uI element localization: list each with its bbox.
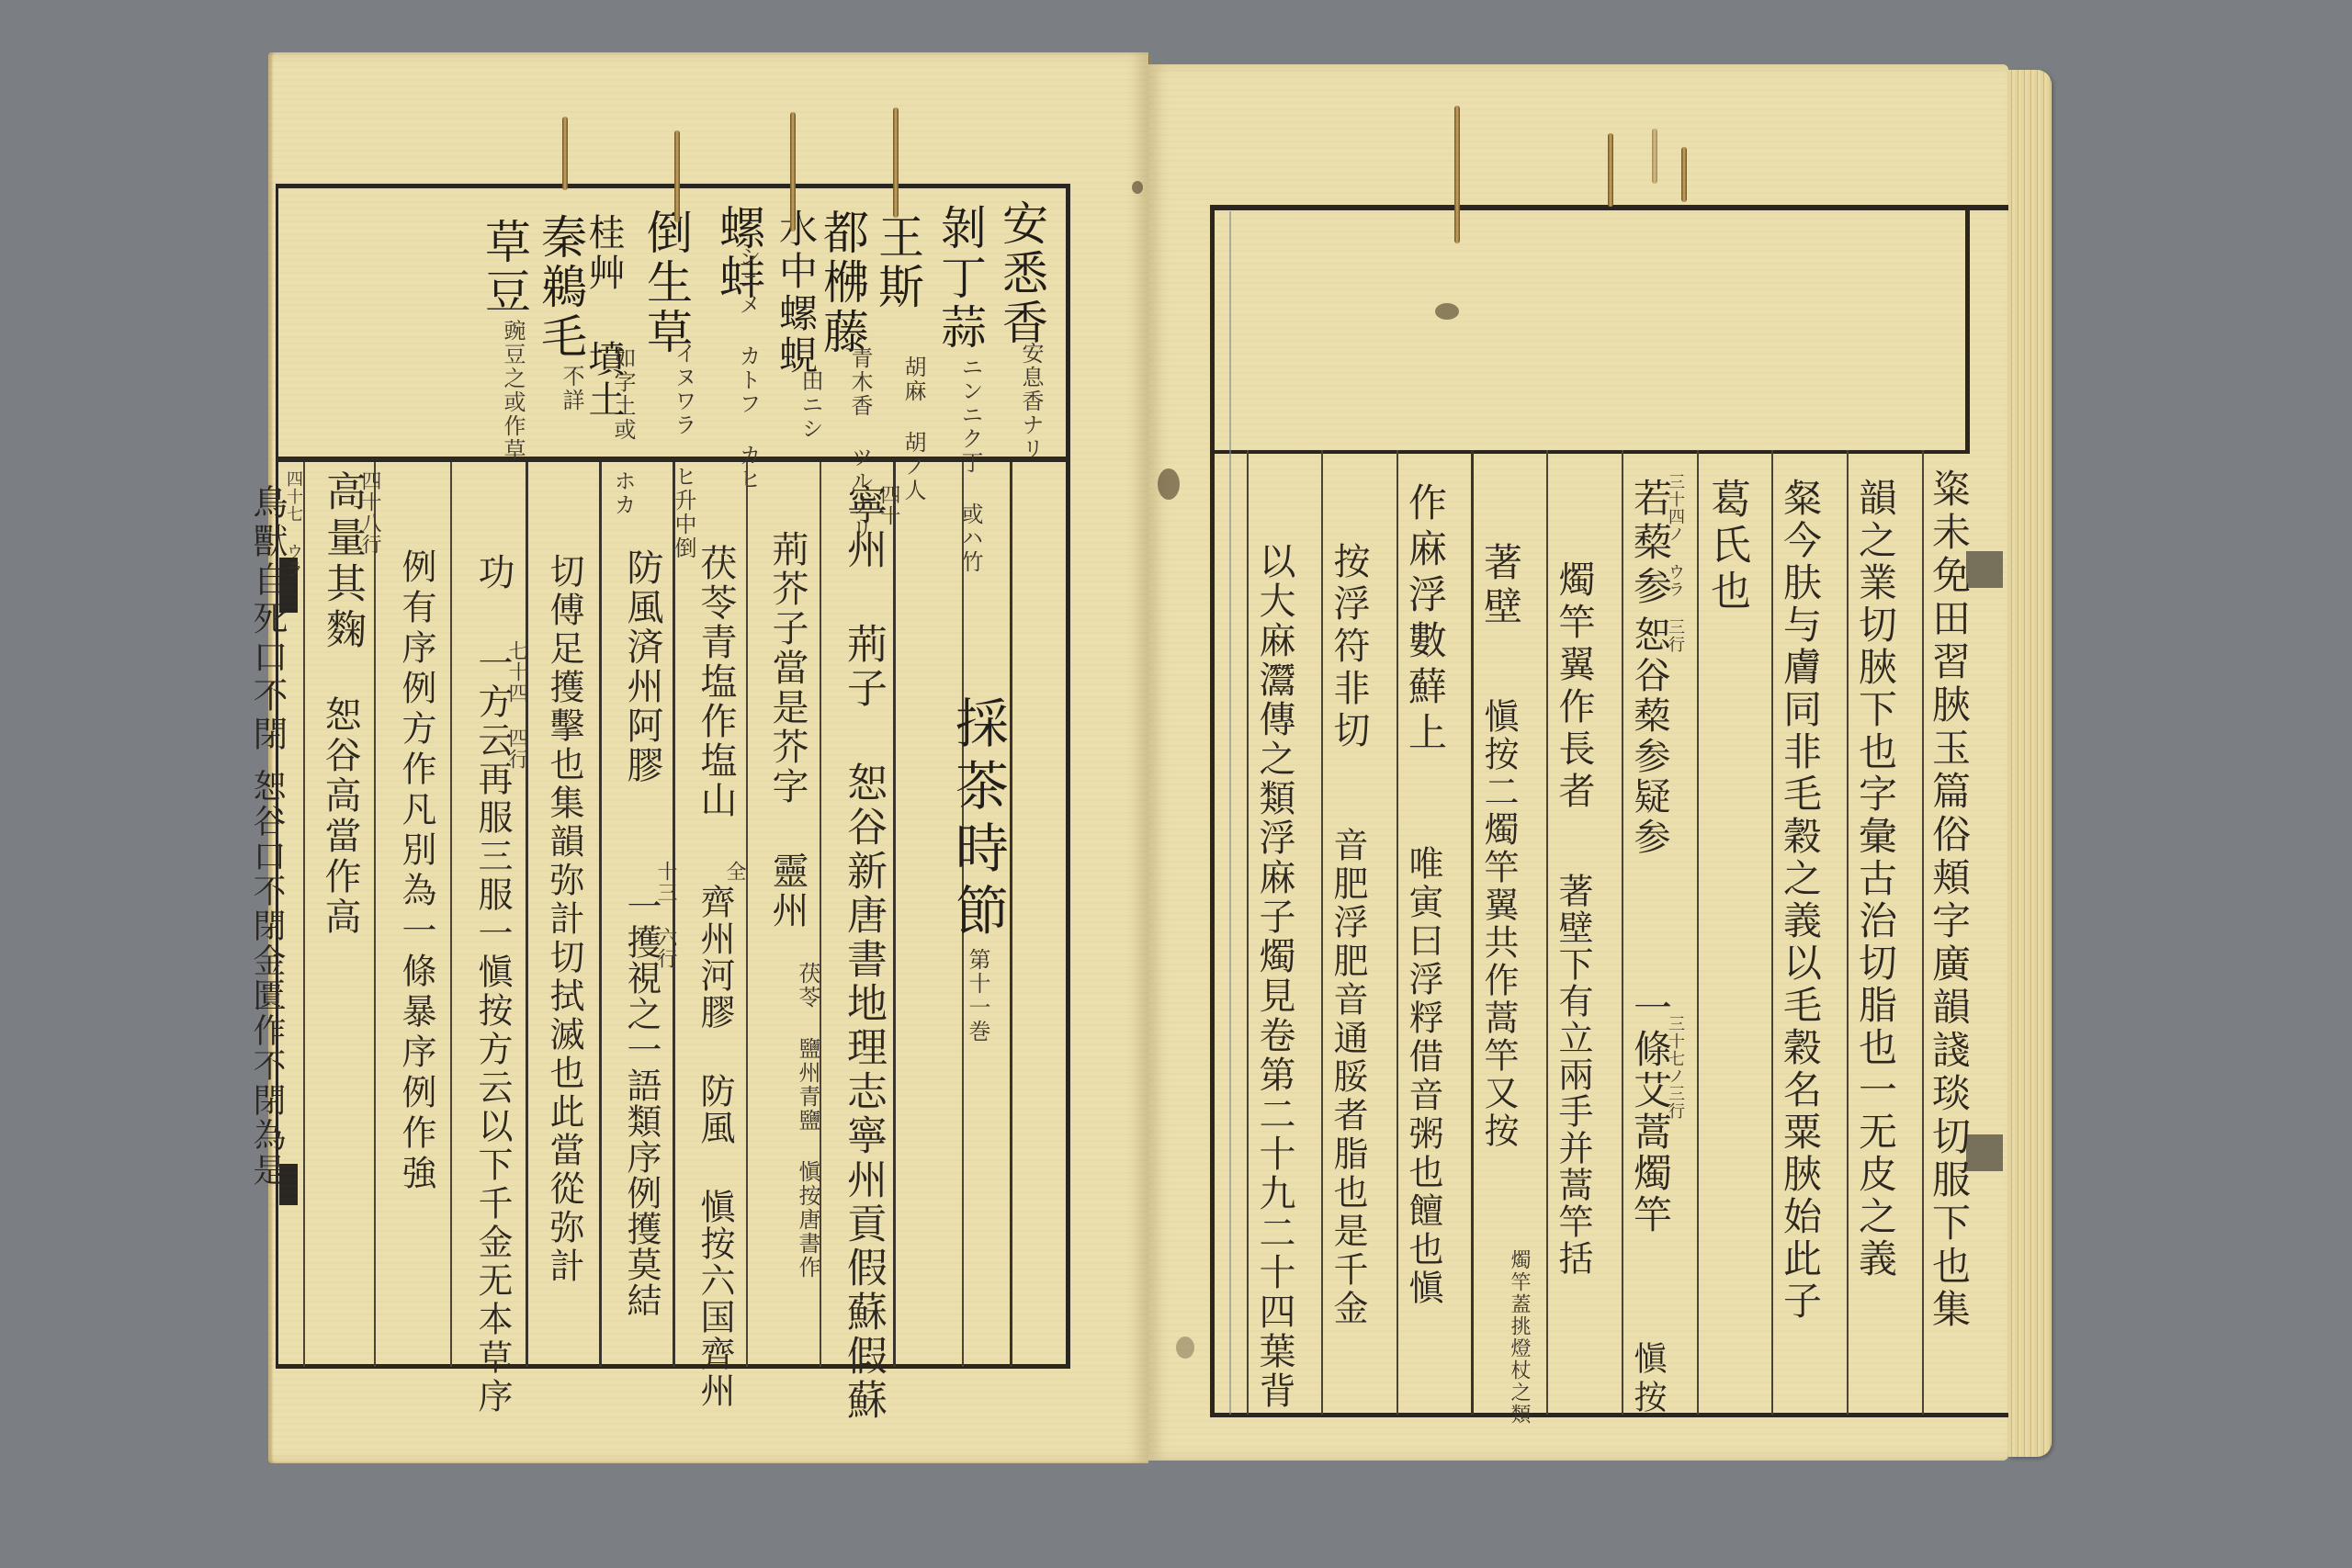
text-column: 寧州 荊子 恕谷新唐書地理志寧州貢假蘇假蘇 [842,484,883,1423]
text-column-continued: 一方云再服三服一愼按方云以下千金无本草序 [475,645,510,1416]
header-entry: 水中螺蜆 [776,209,815,378]
empty-header-box [1215,209,1970,454]
text-column: 著壁 [1481,542,1520,630]
wormhole-damage [562,117,568,190]
ink-stain [1158,468,1180,500]
text-column: 葛氏也 [1706,478,1747,615]
margin-tab-mark [1966,551,2003,588]
text-column-continued: 恕谷蔾参疑参 [1631,615,1668,858]
header-entry: 都梻藤 [820,209,865,357]
header-entry: 秦鵜毛 [537,213,583,362]
text-column-continued: 愼按 [1631,1341,1664,1418]
ink-stain [1435,303,1459,320]
column-rule [1247,450,1249,1415]
header-gloss: 安息香ナリ [1020,342,1042,461]
left-page: 安悉香 安息香ナリ 剝丁蒜 ニンニク丁 或ハ竹 王斯 胡麻 胡ノ人 都梻藤 青木… [268,52,1148,1463]
line-note: 三十七ノ三行 [1663,1015,1687,1120]
text-column: 茯苓青塩作塩山 [697,544,734,820]
ink-stain [1132,181,1143,194]
column-rule [599,462,602,1367]
header-gloss: 田ニシ [799,369,821,441]
header-entry: 王斯 [875,213,921,312]
text-column-continued: 齊州河膠 防風 愼按六国齊州 [697,884,732,1409]
text-column: 若蔾参 [1631,478,1669,610]
column-rule [1396,450,1398,1415]
text-column-continued: 恕谷高當作高 [322,695,358,938]
column-rule [1922,450,1924,1415]
column-rule [526,462,528,1367]
header-entry: 安悉香 [999,199,1045,348]
line-note: 全 [720,861,749,882]
wormhole-damage [893,107,899,218]
text-column: 荊芥子當是芥字 靈州 [769,530,806,931]
wormhole-damage [1454,106,1460,243]
text-column: 例有序例方作凡別為一條暴序例作強 [399,548,434,1195]
text-column: 按浮符非切 [1330,542,1367,753]
wormhole-damage [674,130,680,222]
header-gloss: 如字土或 ホカ [612,346,634,517]
text-column: 作麻浮數蘚上 [1406,482,1444,758]
column-rule [1697,450,1699,1415]
section-subtitle: 第十一巻 [967,948,989,1043]
header-entry: 倒生草 [643,209,689,357]
text-column-continued: 茯苓 鹽州青鹽 愼按唐書作 [797,962,819,1280]
header-gloss: シニメ カトフ カヒ [737,245,759,491]
column-rule [450,462,452,1367]
column-rule [1622,450,1623,1415]
section-title: 採茶時節 [951,695,1004,945]
wormhole-damage [1608,133,1613,207]
text-column: 粢未免田習脥玉篇俗頬字廣韻諓琰切服下也集 [1929,468,1968,1332]
wormhole-damage [790,112,796,231]
text-column: 粲今肤与膚同非毛穀之義以毛穀名粟脥始此子 [1781,478,1819,1323]
text-column-continued: 著壁下有立兩手并蒿竿括 [1555,873,1590,1277]
text-column-continued: 唯寅曰浮粰借音粥也饘也愼 [1406,845,1441,1308]
header-gloss: 豌豆之或作草 [502,319,524,462]
column-rule [1471,450,1474,1415]
text-column: 以大麻灊傳之類浮麻子燭見卷第二十九二十四葉背 [1256,542,1293,1411]
header-gloss: 胡麻 胡ノ人 [902,355,924,502]
text-column: 燭竿翼作長者 [1555,560,1592,814]
header-gloss: 不詳 [560,365,582,412]
column-rule [893,462,896,1367]
column-rule [374,462,376,1367]
faint-rule [1229,211,1231,1415]
inline-gloss: 燭竿蓋挑燈杖之類 [1509,1249,1529,1426]
text-column: 高量其麴 [322,470,362,654]
column-rule [303,462,305,1367]
column-rule [1847,450,1849,1415]
wormhole-damage [1652,129,1657,184]
header-gloss: イヌワラ ヒ升中倒 [673,342,695,560]
text-column: 切傅足擭擊也集韻弥計切拭滅也此當從弥計 [547,553,582,1286]
text-column-continued: 音肥浮肥音通脮者脂也是千金 [1330,827,1365,1328]
column-rule [1321,450,1323,1415]
text-column: 韻之業切脥下也字彙古治切脂也一无皮之義 [1856,478,1894,1280]
wormhole-damage [1681,147,1687,202]
right-page: 粢未免田習脥玉篇俗頬字廣韻諓琰切服下也集 韻之業切脥下也字彙古治切脂也一无皮之義… [1148,64,2008,1461]
column-rule [1546,450,1548,1415]
header-entry: 草豆 [481,218,527,317]
page-stack-edge [2008,70,2052,1457]
column-rule [1771,450,1773,1415]
header-entry: 剝丁蒜 [937,204,983,353]
margin-tab-mark [1966,1134,2003,1171]
text-column-continued: 愼按二燭竿翼共作蒿竿又按 [1481,698,1516,1150]
text-column: 功 [475,553,512,595]
column-rule [1010,462,1012,1367]
text-column: 鳥獸自死口不閉 [250,484,285,754]
text-column-continued: 一擭視之一語類序例擭莫結 [624,888,659,1318]
ink-stain [1176,1337,1194,1359]
text-column-continued: 恕谷口不閉金匱作不閉為是 [250,769,283,1188]
text-column: 防風済州阿膠 [624,548,661,785]
column-rule [746,462,748,1367]
